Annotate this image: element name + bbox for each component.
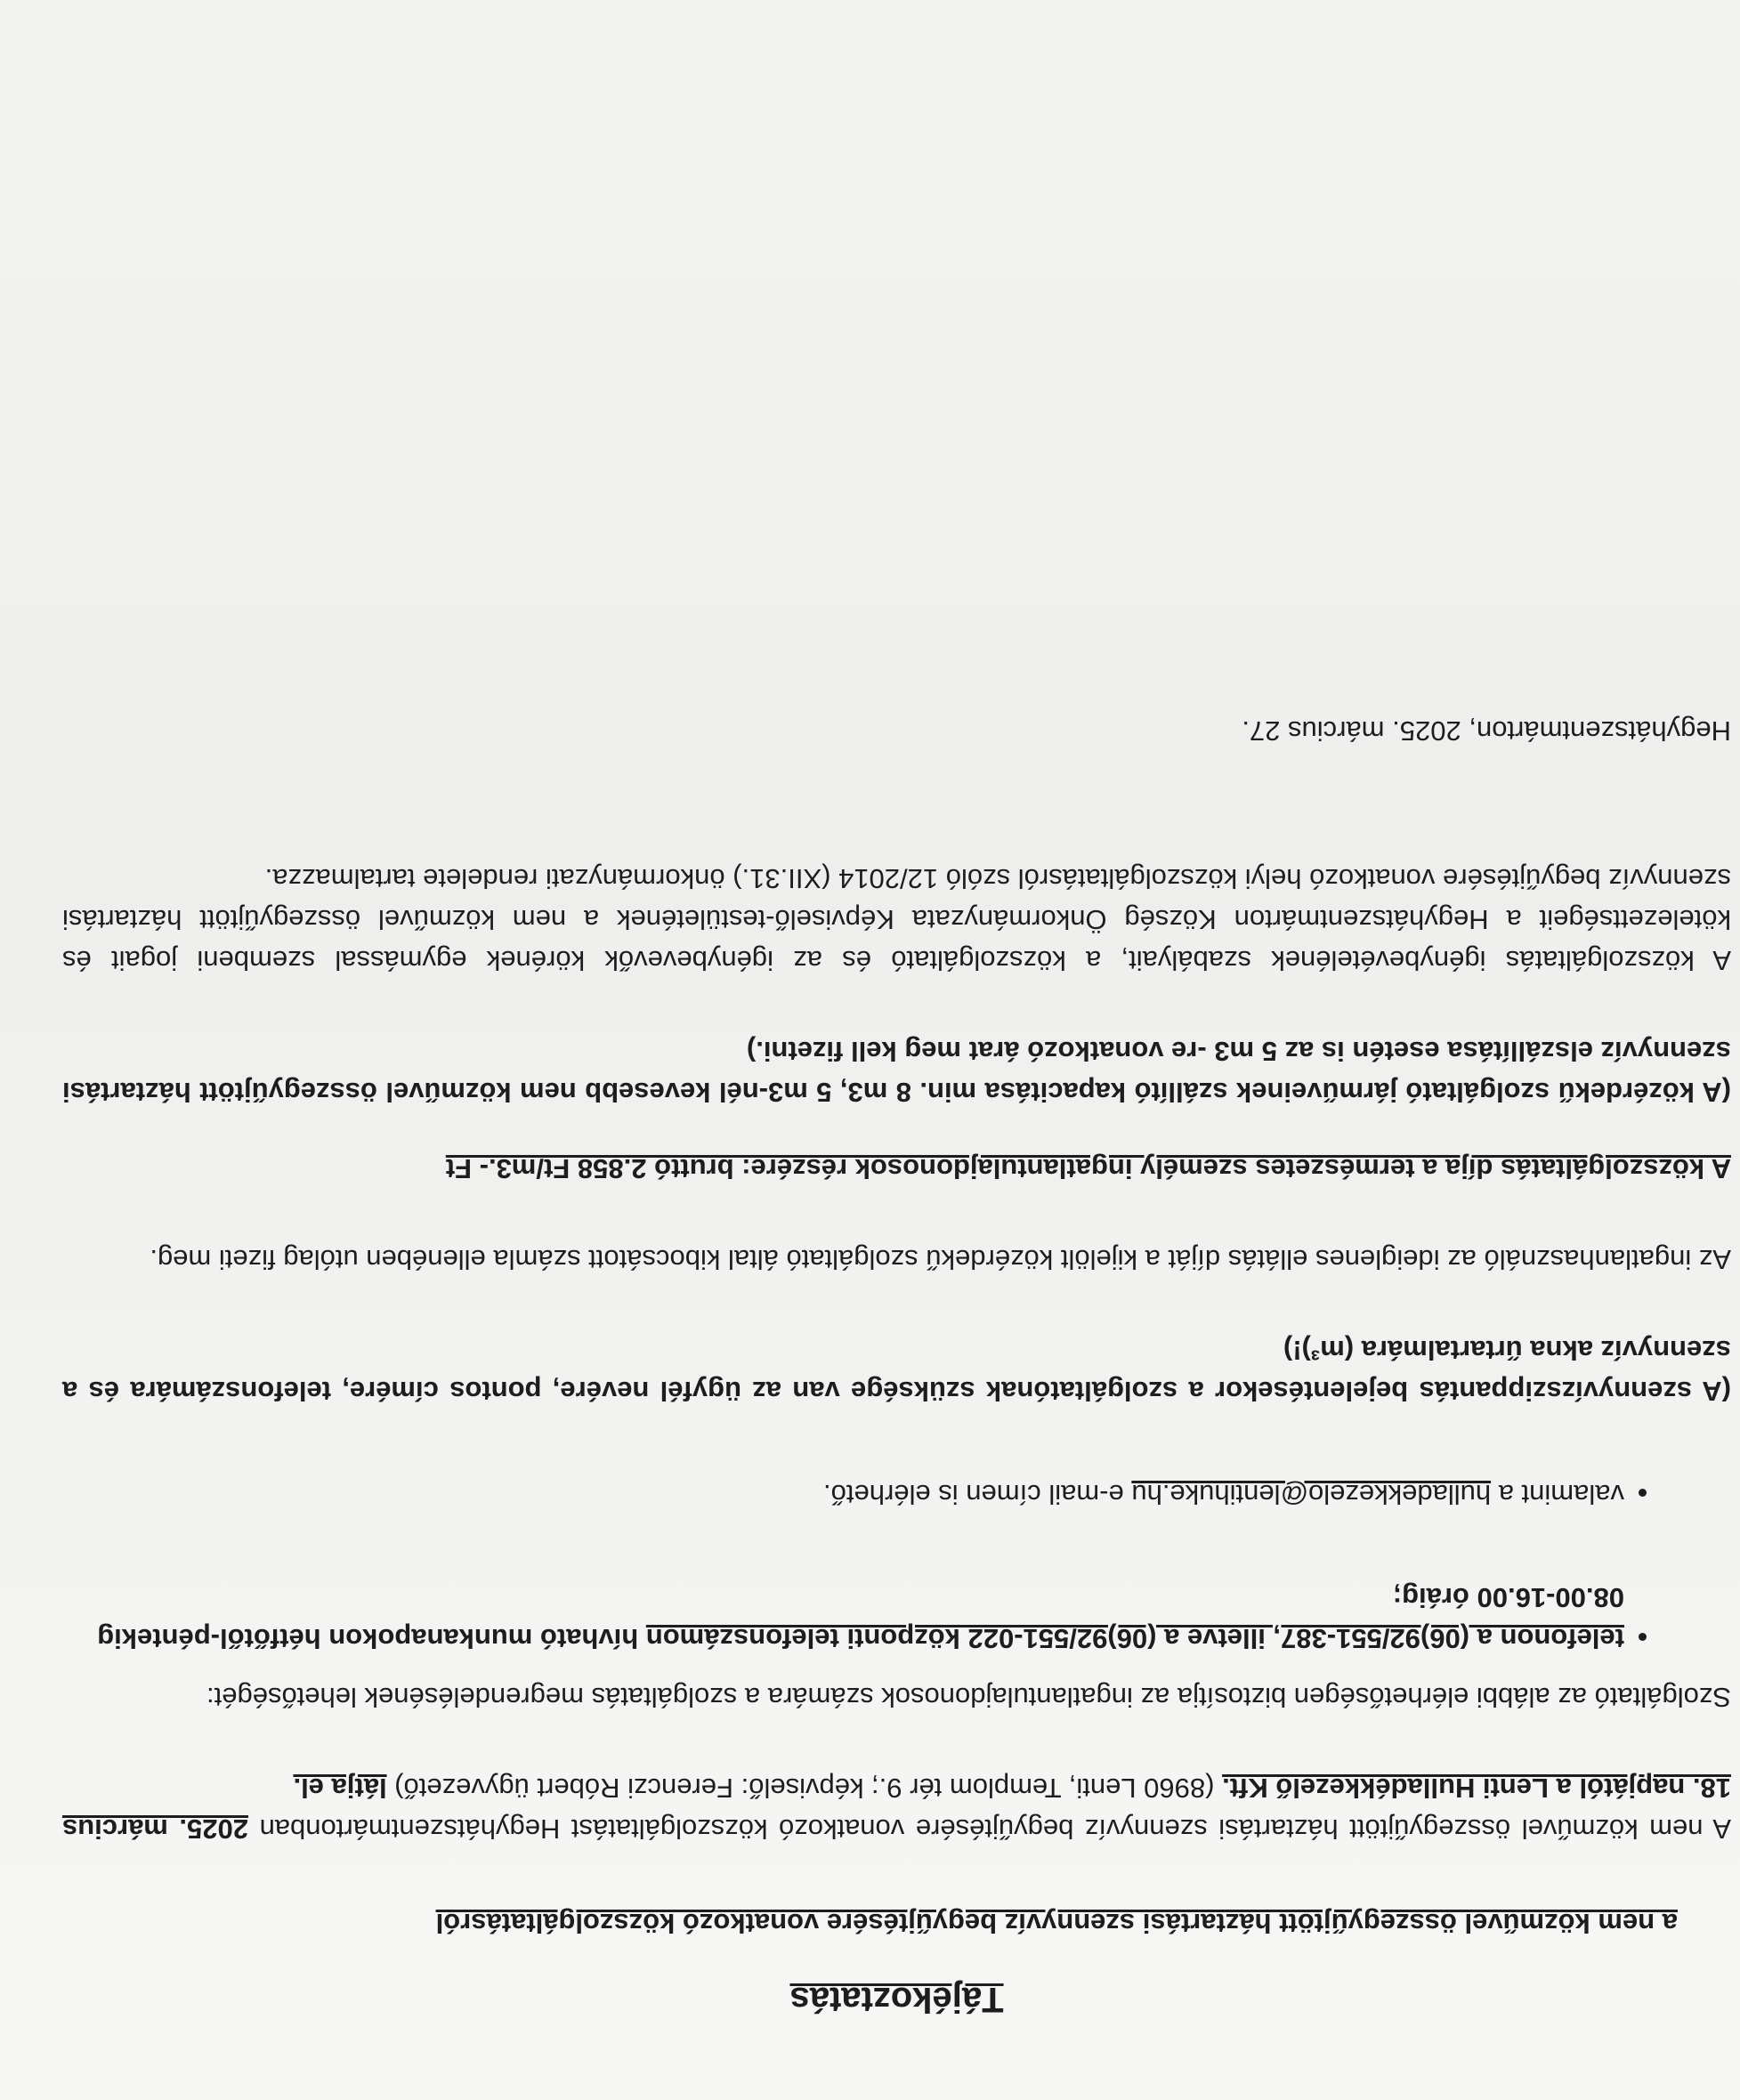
fee-line: A közszolgáltatás díja a természetes sze…	[62, 1148, 1731, 1189]
contact-email: valamint a hulladekkezelo@lentihuke.hu e…	[62, 1474, 1624, 1514]
document-title: Tájékoztatás	[62, 1979, 1731, 2020]
order-note: (A szennyvízszippantás bejelentésekor a …	[62, 1329, 1731, 1411]
email-prefix: valamint a	[1491, 1479, 1624, 1510]
intro-text-1: A nem közművel összegyűjtött háztartási …	[248, 1813, 1731, 1845]
capacity-note: (A közérdekű szolgáltató járműveinek szá…	[62, 1030, 1731, 1112]
email-suffix: e-mail címen is elérhető.	[823, 1479, 1131, 1510]
intro-paragraph: A nem közművel összegyűjtött háztartási …	[62, 1767, 1731, 1849]
intro-text-2: (8960 Lenti, Templom tér 9.; képviselő: …	[387, 1773, 1223, 1804]
payment-paragraph: Az ingatlanhasználó az ideiglenes ellátá…	[62, 1239, 1731, 1280]
document-subtitle: a nem közművel összegyűjtött háztartási …	[62, 1902, 1731, 1943]
rules-paragraph: A közszolgáltatás igénybevételének szabá…	[62, 858, 1731, 981]
intro-text-3: látja el.	[293, 1773, 386, 1804]
title-text: Tájékoztatás	[789, 1980, 1003, 2019]
contact-list: telefonon a (06)92/551-387, illetve a (0…	[62, 1474, 1731, 1659]
document-page: Tájékoztatás a nem közművel összegyűjtöt…	[0, 0, 1740, 2100]
phone-numbers: telefonon a (06)92/551-387, illetve a (0…	[646, 1623, 1624, 1654]
contact-phone: telefonon a (06)92/551-387, illetve a (0…	[62, 1577, 1624, 1659]
document-content: Tájékoztatás a nem közművel összegyűjtöt…	[62, 660, 1731, 2047]
fee-text: A közszolgáltatás díja a természetes sze…	[446, 1153, 1731, 1184]
contact-intro: Szolgáltató az alábbi elérhetőségen bizt…	[62, 1676, 1731, 1717]
date-line: Hegyhátszentmárton, 2025. március 27.	[62, 710, 1731, 751]
email-link[interactable]: hulladekkezelo@lentihuke.hu	[1131, 1479, 1491, 1510]
